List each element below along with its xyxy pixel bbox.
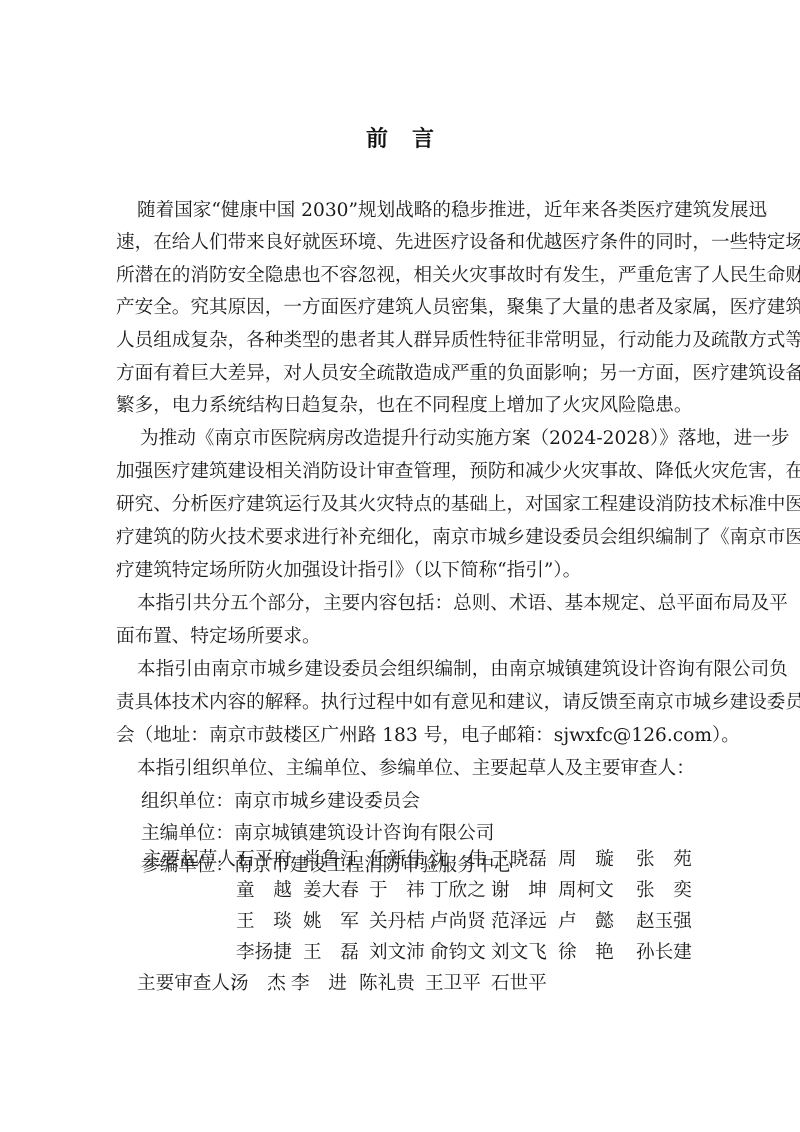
paragraph-1-line-6: 方面有着巨大差异，对人员安全疏散造成严重的负面影响；另一方面，医疗建筑设备: [116, 362, 696, 386]
paragraph-4-line-2: 责具体技术内容的解释。执行过程中如有意见和建议，请反馈至南京市城乡建设委员: [116, 691, 696, 715]
drafter-name: 姚 军: [303, 910, 351, 934]
paragraph-2-line-5: 疗建筑特定场所防火加强设计指引》（以下简称“指引”）。: [116, 559, 696, 583]
paragraph-4-line-1: 本指引由南京市城乡建设委员会组织编制，由南京城镇建筑设计咨询有限公司负: [137, 658, 692, 682]
paragraph-4-line-3: 会（地址：南京市鼓楼区广州路 183 号，电子邮箱：sjwxfc@126.com…: [116, 724, 696, 748]
drafter-name: 刘文沛: [369, 941, 417, 965]
paragraph-3-line-2: 面布置、特定场所要求。: [116, 625, 696, 649]
drafter-name: 姜大春: [303, 879, 351, 903]
paragraph-2-line-3: 研究、分析医疗建筑运行及其火灾特点的基础上，对国家工程建设消防技术标准中医: [116, 493, 696, 517]
drafter-name: 王 磊: [303, 941, 351, 965]
drafter-name: 赵玉强: [636, 910, 684, 934]
unit-organizer-label: 组织单位：: [141, 791, 234, 812]
drafter-name: 肖鲁江: [303, 848, 351, 872]
page-title: 前言: [0, 122, 800, 153]
drafter-name: 卢 懿: [558, 910, 606, 934]
drafter-name: 张 奕: [636, 879, 684, 903]
drafter-name: 张 苑: [636, 848, 684, 872]
drafter-name: 王晓磊: [491, 848, 539, 872]
drafter-name: 俞钧文: [430, 941, 478, 965]
paragraph-1-line-3: 所潜在的消防安全隐患也不容忽视，相关火灾事故时有发生，严重危害了人民生命财: [116, 264, 696, 288]
drafter-name: 周 璇: [558, 848, 606, 872]
unit-organizer: 组织单位：南京市城乡建设委员会: [141, 790, 420, 814]
paragraph-5-line-1: 本指引组织单位、主编单位、参编单位、主要起草人及主要审查人：: [137, 757, 692, 781]
reviewer-name: 李 进: [291, 972, 339, 996]
drafter-name: 范泽远: [491, 910, 539, 934]
drafter-name: 李扬捷: [236, 941, 284, 965]
title-char-2: 言: [412, 122, 434, 153]
unit-chief-editor-label: 主编单位：: [141, 823, 234, 844]
drafter-name: 周柯文: [558, 879, 606, 903]
paragraph-1-line-1: 随着国家“健康中国 2030”规划战略的稳步推进，近年来各类医疗建筑发展迅: [137, 199, 692, 223]
drafter-name: 石平府: [236, 848, 284, 872]
drafter-name: 丁欣之: [430, 879, 478, 903]
paragraph-1-line-2: 速，在给人们带来良好就医环境、先进医疗设备和优越医疗条件的同时，一些特定场: [116, 231, 696, 255]
drafter-name: 刘文飞: [491, 941, 539, 965]
drafter-name: 卢尚贤: [430, 910, 478, 934]
reviewer-name: 陈礼贵: [359, 972, 407, 996]
paragraph-3-line-1: 本指引共分五个部分，主要内容包括：总则、术语、基本规定、总平面布局及平: [137, 592, 692, 616]
drafter-name: 王 琰: [236, 910, 284, 934]
paragraph-1-line-7: 繁多，电力系统结构日趋复杂，也在不同程度上增加了火灾风险隐患。: [116, 394, 696, 418]
document-page: 前言 随着国家“健康中国 2030”规划战略的稳步推进，近年来各类医疗建筑发展迅…: [0, 0, 800, 1132]
drafter-name: 徐 艳: [558, 941, 606, 965]
paragraph-2-line-1: 为推动《南京市医院病房改造提升行动实施方案（2024-2028）》落地，进一步: [140, 427, 692, 451]
reviewer-name: 汤 杰: [230, 972, 278, 996]
drafter-name: 关丹桔: [369, 910, 417, 934]
drafter-name: 于 祎: [369, 879, 417, 903]
drafter-name: 孙长建: [636, 941, 684, 965]
drafter-name: 任新伟: [369, 848, 417, 872]
unit-chief-editor-value: 南京城镇建筑设计咨询有限公司: [234, 823, 494, 844]
paragraph-1-line-4: 产安全。究其原因，一方面医疗建筑人员密集，聚集了大量的患者及家属，医疗建筑: [116, 296, 696, 320]
paragraph-1-line-5: 人员组成复杂，各种类型的患者其人群异质性特征非常明显，行动能力及疏散方式等: [116, 329, 696, 353]
paragraph-2-line-4: 疗建筑的防火技术要求进行补充细化，南京市城乡建设委员会组织编制了《南京市医: [116, 526, 696, 550]
unit-chief-editor: 主编单位：南京城镇建筑设计咨询有限公司: [141, 822, 494, 846]
paragraph-2-line-2: 加强医疗建筑建设相关消防设计审查管理，预防和减少火灾事故、降低火灾危害，在: [116, 460, 696, 484]
reviewer-name: 石世平: [491, 972, 539, 996]
drafter-name: 童 越: [236, 879, 284, 903]
reviewer-name: 王卫平: [425, 972, 473, 996]
unit-organizer-value: 南京市城乡建设委员会: [234, 791, 420, 812]
drafter-name: 沈 伟: [430, 848, 478, 872]
drafter-name: 谢 坤: [491, 879, 539, 903]
title-char-1: 前: [366, 122, 388, 153]
